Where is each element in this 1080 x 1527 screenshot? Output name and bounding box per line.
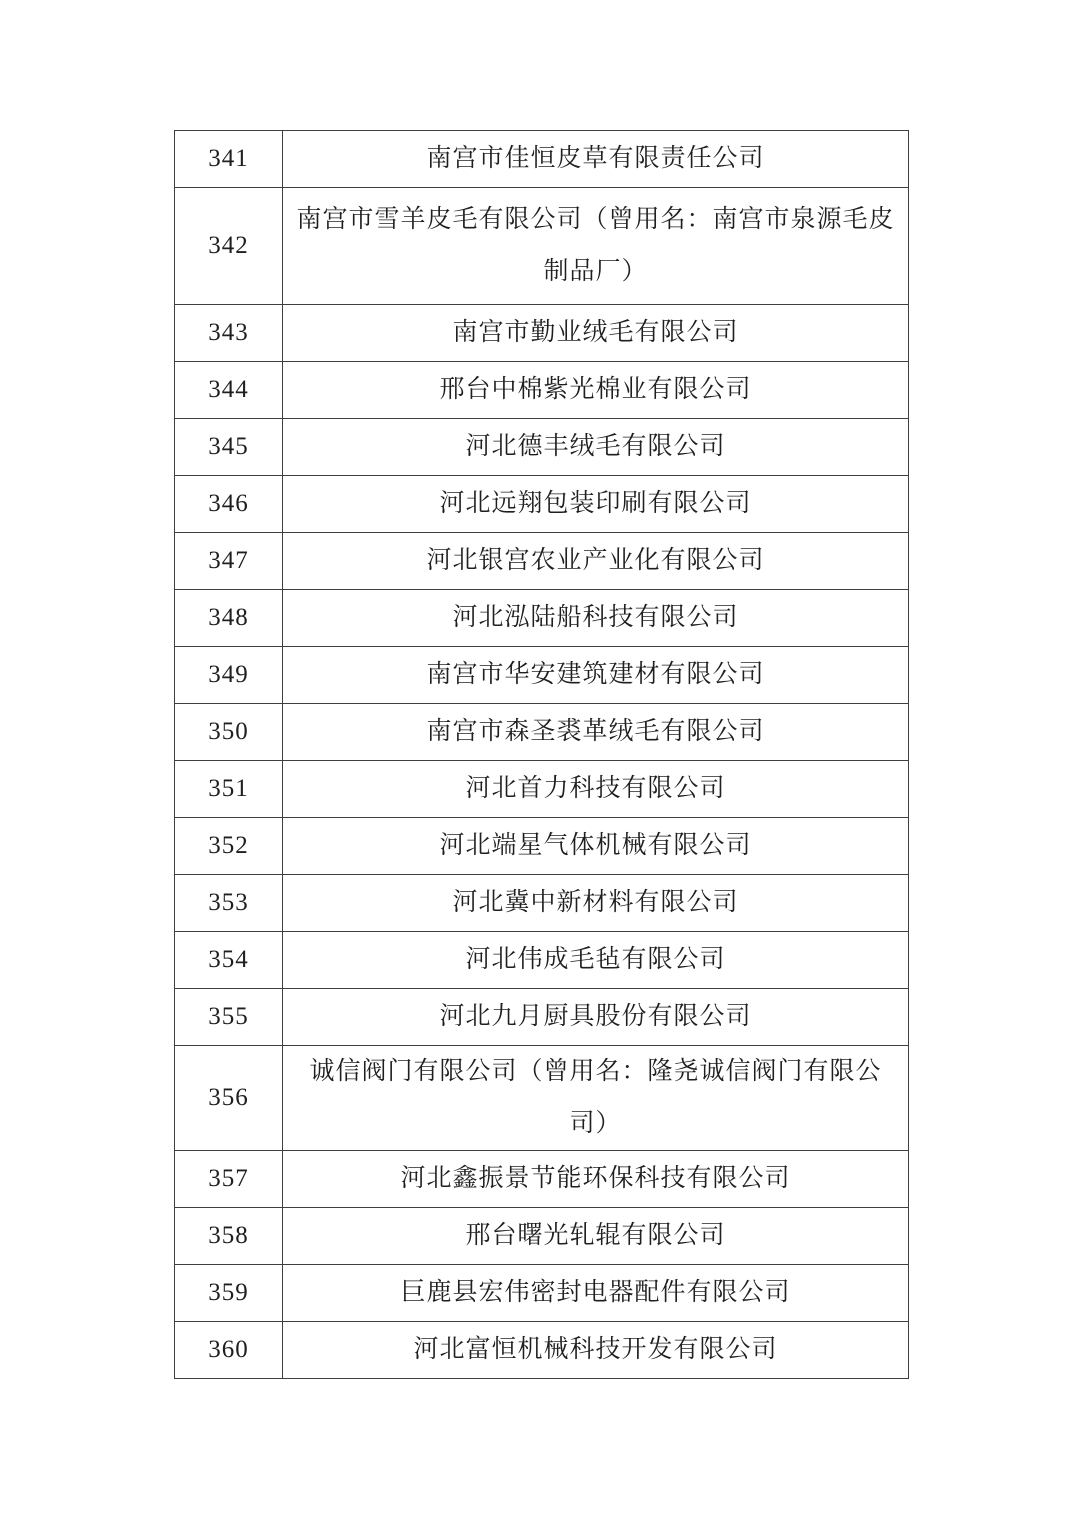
company-name: 河北德丰绒毛有限公司: [283, 419, 909, 476]
row-number: 359: [175, 1265, 283, 1322]
table-row: 360河北富恒机械科技开发有限公司: [175, 1322, 909, 1379]
company-name: 河北鑫振景节能环保科技有限公司: [283, 1151, 909, 1208]
company-name: 河北富恒机械科技开发有限公司: [283, 1322, 909, 1379]
company-name: 邢台中棉紫光棉业有限公司: [283, 362, 909, 419]
company-name: 河北端星气体机械有限公司: [283, 818, 909, 875]
company-name: 南宫市勤业绒毛有限公司: [283, 305, 909, 362]
table-row: 349南宫市华安建筑建材有限公司: [175, 647, 909, 704]
company-name: 河北银宫农业产业化有限公司: [283, 533, 909, 590]
table-row: 341南宫市佳恒皮草有限责任公司: [175, 131, 909, 188]
table-row: 353河北冀中新材料有限公司: [175, 875, 909, 932]
table-row: 342南宫市雪羊皮毛有限公司（曾用名：南宫市泉源毛皮制品厂）: [175, 188, 909, 305]
row-number: 354: [175, 932, 283, 989]
table-row: 348河北泓陆船科技有限公司: [175, 590, 909, 647]
table-row: 344邢台中棉紫光棉业有限公司: [175, 362, 909, 419]
row-number: 342: [175, 188, 283, 305]
company-name: 河北伟成毛毡有限公司: [283, 932, 909, 989]
table-row: 343南宫市勤业绒毛有限公司: [175, 305, 909, 362]
company-name: 南宫市佳恒皮草有限责任公司: [283, 131, 909, 188]
company-name: 河北首力科技有限公司: [283, 761, 909, 818]
row-number: 353: [175, 875, 283, 932]
row-number: 344: [175, 362, 283, 419]
table-row: 359巨鹿县宏伟密封电器配件有限公司: [175, 1265, 909, 1322]
row-number: 348: [175, 590, 283, 647]
table-row: 355河北九月厨具股份有限公司: [175, 989, 909, 1046]
company-name: 南宫市雪羊皮毛有限公司（曾用名：南宫市泉源毛皮制品厂）: [283, 188, 909, 305]
table-row: 347河北银宫农业产业化有限公司: [175, 533, 909, 590]
table-row: 358邢台曙光轧辊有限公司: [175, 1208, 909, 1265]
company-list-table: 341南宫市佳恒皮草有限责任公司342南宫市雪羊皮毛有限公司（曾用名：南宫市泉源…: [174, 130, 909, 1379]
table-row: 346河北远翔包装印刷有限公司: [175, 476, 909, 533]
table-row: 345河北德丰绒毛有限公司: [175, 419, 909, 476]
row-number: 358: [175, 1208, 283, 1265]
table-row: 354河北伟成毛毡有限公司: [175, 932, 909, 989]
table-row: 352河北端星气体机械有限公司: [175, 818, 909, 875]
row-number: 345: [175, 419, 283, 476]
row-number: 346: [175, 476, 283, 533]
row-number: 355: [175, 989, 283, 1046]
company-name: 诚信阀门有限公司（曾用名：隆尧诚信阀门有限公司）: [283, 1046, 909, 1151]
row-number: 360: [175, 1322, 283, 1379]
company-name: 南宫市华安建筑建材有限公司: [283, 647, 909, 704]
company-table-body: 341南宫市佳恒皮草有限责任公司342南宫市雪羊皮毛有限公司（曾用名：南宫市泉源…: [175, 131, 909, 1379]
company-name: 河北九月厨具股份有限公司: [283, 989, 909, 1046]
row-number: 356: [175, 1046, 283, 1151]
row-number: 347: [175, 533, 283, 590]
row-number: 351: [175, 761, 283, 818]
company-name: 河北冀中新材料有限公司: [283, 875, 909, 932]
company-name: 邢台曙光轧辊有限公司: [283, 1208, 909, 1265]
table-row: 356诚信阀门有限公司（曾用名：隆尧诚信阀门有限公司）: [175, 1046, 909, 1151]
row-number: 352: [175, 818, 283, 875]
row-number: 357: [175, 1151, 283, 1208]
company-name: 巨鹿县宏伟密封电器配件有限公司: [283, 1265, 909, 1322]
row-number: 343: [175, 305, 283, 362]
company-name: 南宫市森圣裘革绒毛有限公司: [283, 704, 909, 761]
table-row: 350南宫市森圣裘革绒毛有限公司: [175, 704, 909, 761]
document-page: 341南宫市佳恒皮草有限责任公司342南宫市雪羊皮毛有限公司（曾用名：南宫市泉源…: [0, 0, 1080, 1527]
table-row: 357河北鑫振景节能环保科技有限公司: [175, 1151, 909, 1208]
row-number: 349: [175, 647, 283, 704]
row-number: 341: [175, 131, 283, 188]
company-name: 河北远翔包装印刷有限公司: [283, 476, 909, 533]
row-number: 350: [175, 704, 283, 761]
table-row: 351河北首力科技有限公司: [175, 761, 909, 818]
company-name: 河北泓陆船科技有限公司: [283, 590, 909, 647]
